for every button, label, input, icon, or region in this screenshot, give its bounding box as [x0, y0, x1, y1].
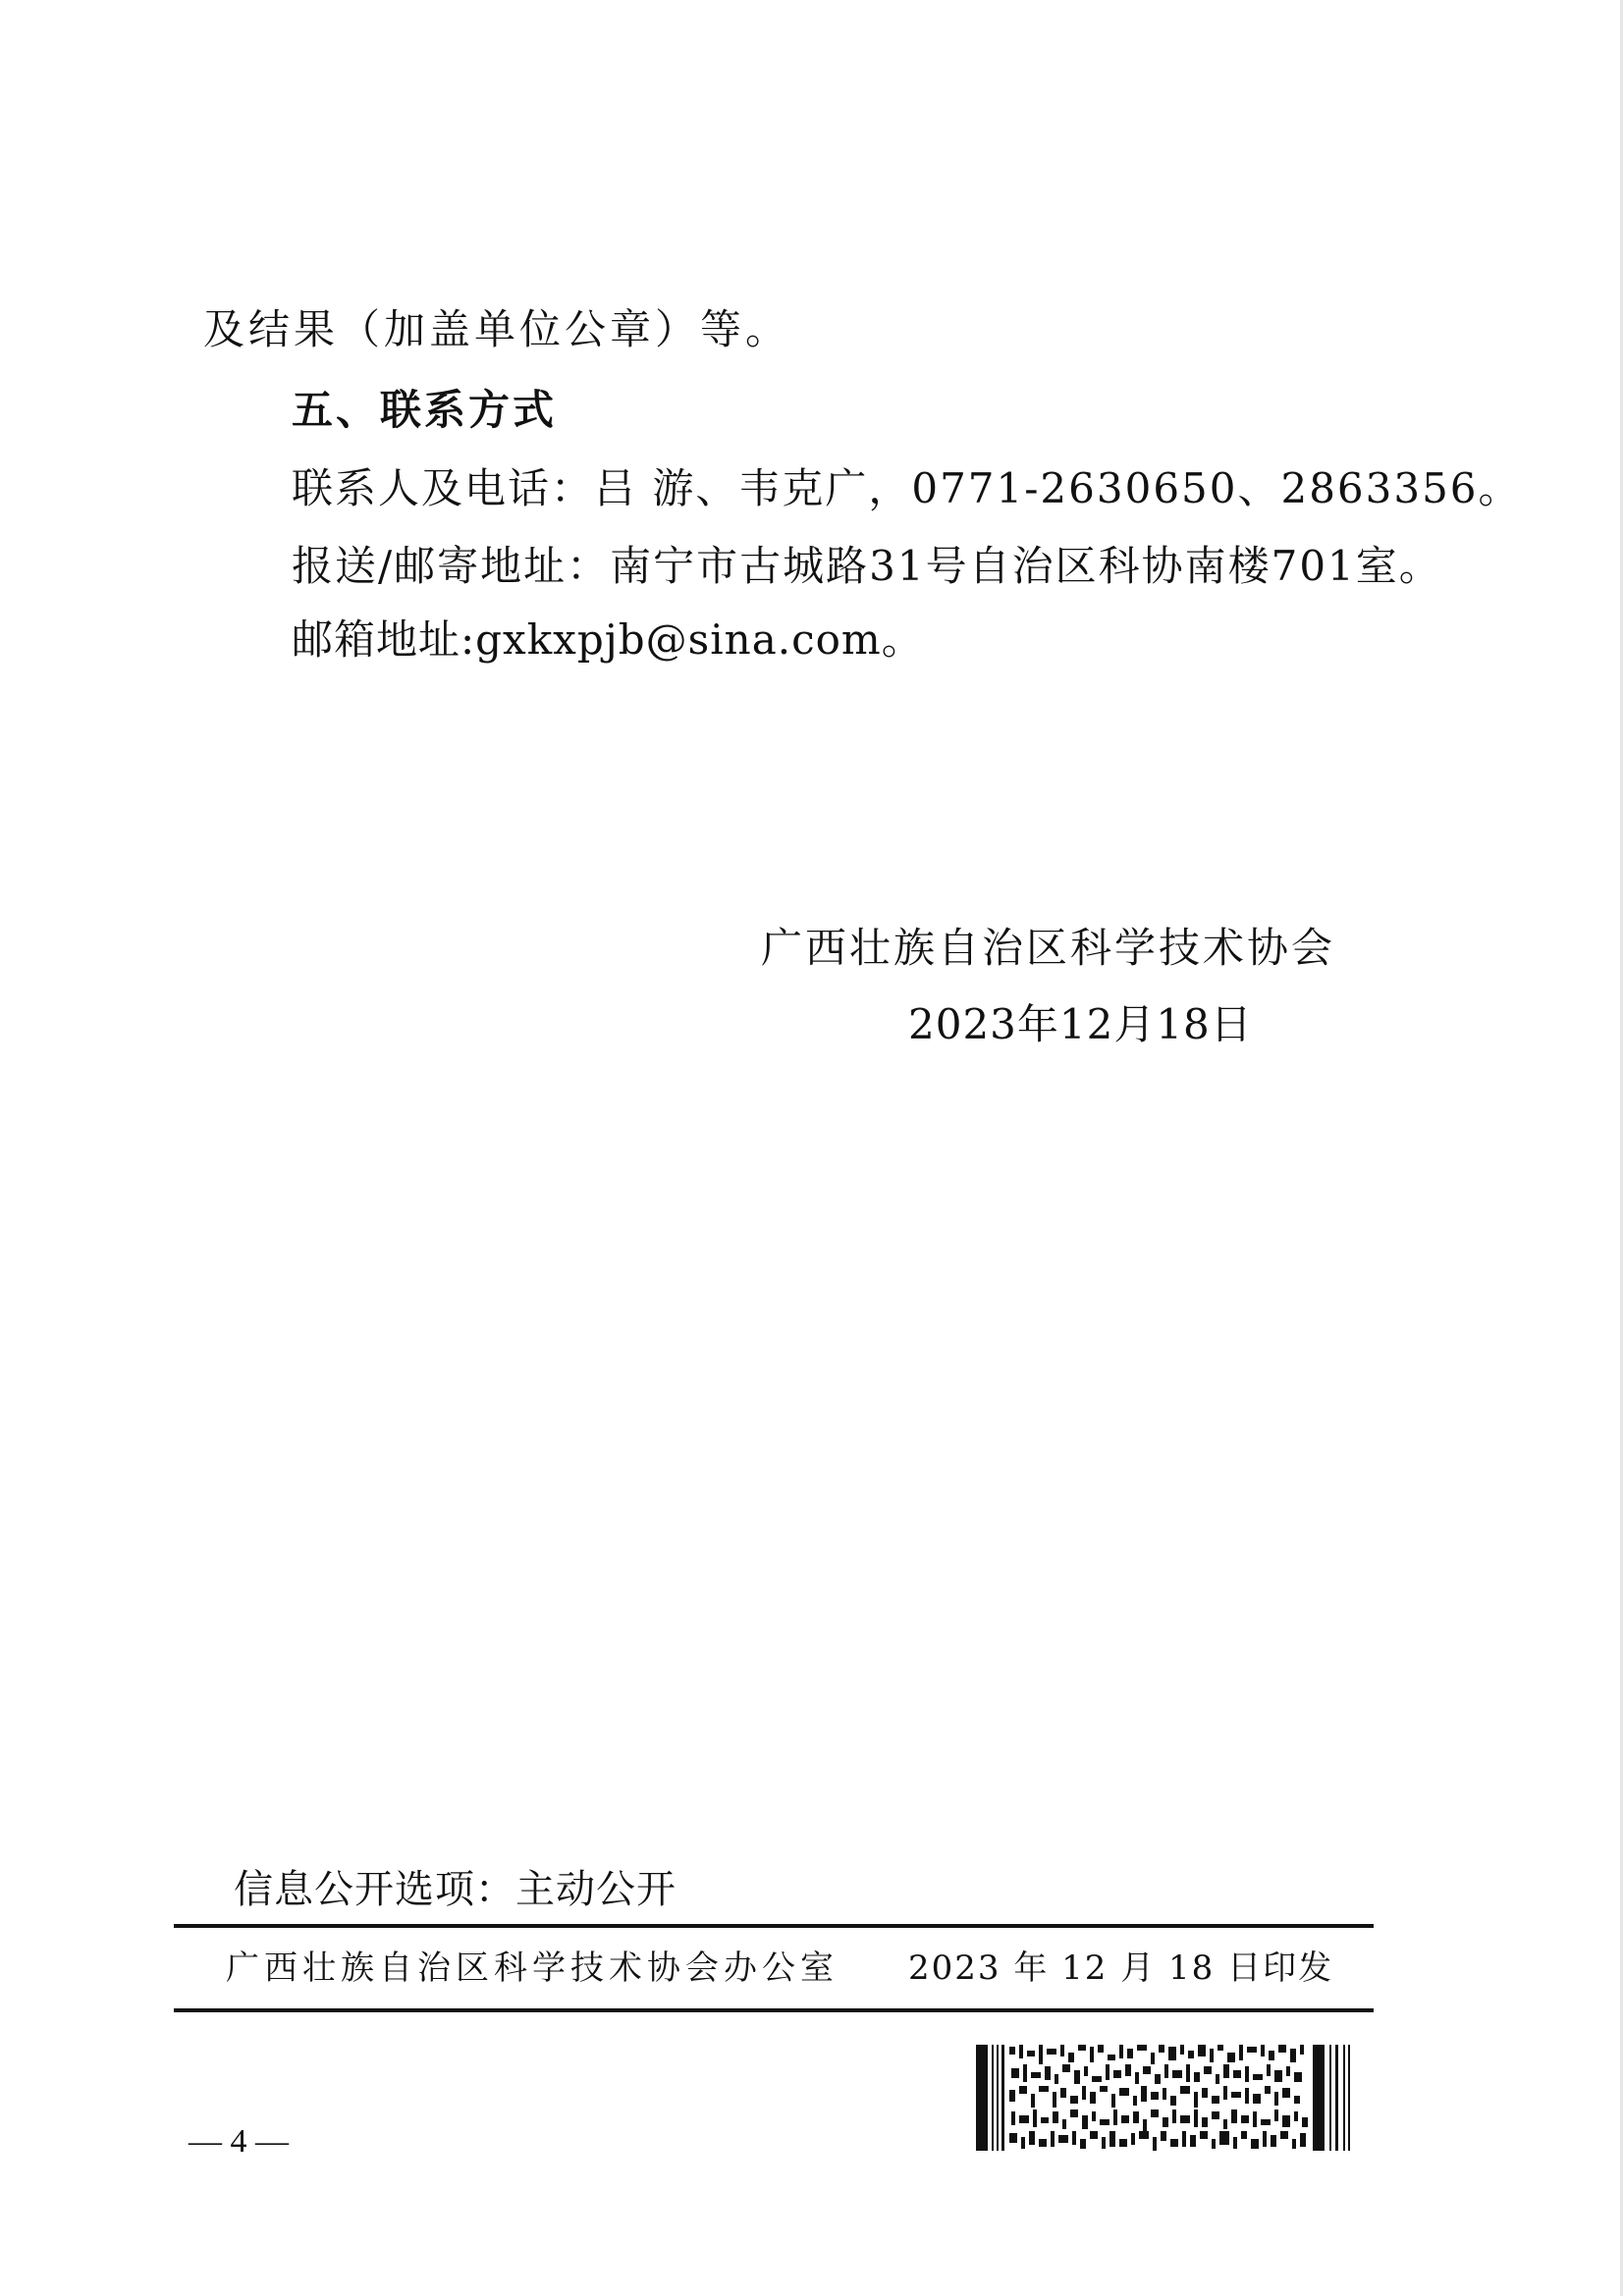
email-line: 邮箱地址:gxkxpjb@sina.com。 [292, 616, 924, 664]
signature-organization: 广西壮族自治区科学技术协会 [761, 925, 1335, 972]
footer-rule-top [174, 1924, 1374, 1928]
section-heading-contact: 五、联系方式 [292, 387, 557, 434]
page-number: — 4 — [189, 2123, 289, 2161]
footer-rule-bottom [174, 2008, 1374, 2012]
body-text-continuation: 及结果（加盖单位公章）等。 [203, 306, 790, 353]
document-page: 及结果（加盖单位公章）等。 五、联系方式 联系人及电话：吕 游、韦克广，0771… [0, 0, 1623, 2296]
issue-date: 2023 年 12 月 18 日印发 [908, 1949, 1333, 1988]
signature-date: 2023年12月18日 [908, 1001, 1253, 1048]
barcode-icon [976, 2045, 1351, 2151]
disclosure-option: 信息公开选项：主动公开 [234, 1867, 676, 1912]
contact-person-line: 联系人及电话：吕 游、韦克广，0771-2630650、2863356。 [292, 465, 1522, 512]
issuing-office: 广西壮族自治区科学技术协会办公室 [226, 1949, 839, 1988]
mailing-address-line: 报送/邮寄地址：南宁市古城路31号自治区科协南楼701室。 [292, 543, 1442, 590]
